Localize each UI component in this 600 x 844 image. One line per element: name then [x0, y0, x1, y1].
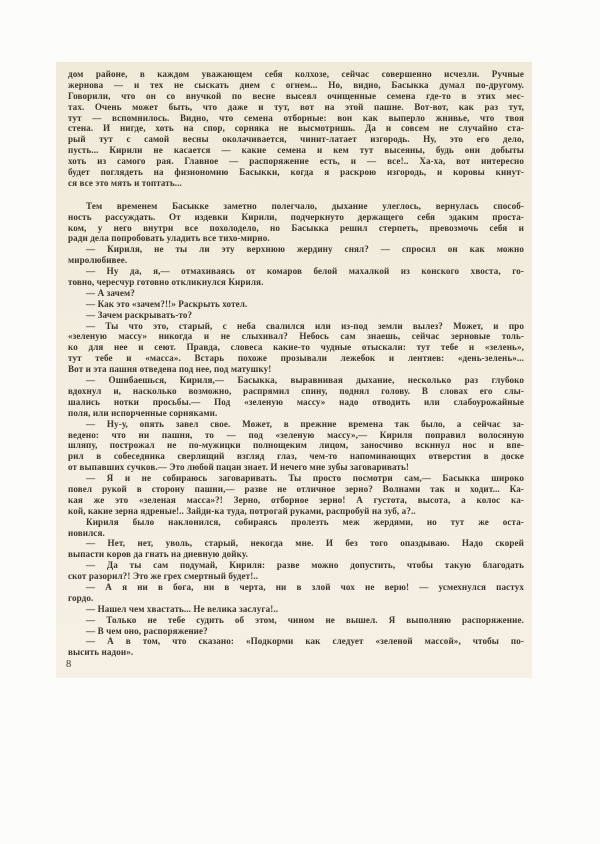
text-line: тах. Очень может быть, что даже и тут, в… [68, 102, 524, 113]
text-line: будет поглядеть на физиономию Басыкки, к… [68, 167, 524, 178]
text-line: «зеленую массу» никогда и не слыхивал? Н… [68, 331, 524, 342]
text-line: повел рукой в сторону пашни,— разве не о… [68, 484, 524, 495]
text-line: — Как это «зачем?!!» Раскрыть хотел. [68, 299, 524, 310]
text-line: Тем временем Басыкке заметно полегчало, … [68, 201, 524, 212]
text-line: — А я ни в бога, ни в черта, ни в злой ч… [68, 582, 524, 593]
text-line: — Ну да, я,— отмахиваясь от комаров бело… [68, 266, 524, 277]
text-line: вдохнул и, насколько возможно, распрямил… [68, 386, 524, 397]
text-line: пусть... Кирили не касается — какие семе… [68, 145, 524, 156]
book-page: дом районе, в каждом уважающем себя колх… [56, 62, 532, 678]
text-line: ради дела попробовать уладить все тихо-м… [68, 233, 524, 244]
text-line: Кириля было наклонился, собираясь пролез… [68, 517, 524, 528]
text-line: Вот и эта пашня отведена под нее, под ма… [68, 364, 524, 375]
text-line: ность рассуждать. От издевки Кирили, под… [68, 212, 524, 223]
text-line: гордо. [68, 593, 524, 604]
text-line: ко для нее и сеют. Правда, словеса какие… [68, 342, 524, 353]
text-line: шались нотки просьбы.— Под «зеленую масс… [68, 397, 524, 408]
text-line: — Зачем раскрывать-то? [68, 310, 524, 321]
text-line: тут тебе и «масса». Встарь похоже прозыв… [68, 353, 524, 364]
text-line: высить надои». [68, 647, 524, 658]
text-line: — Нашел чем хвастать... Не велика заслуг… [68, 604, 524, 615]
text-line: — А зачем? [68, 288, 524, 299]
text-line: ком, у него внутри все похолодело, но Ба… [68, 223, 524, 234]
text-line: — Ты что это, старый, с неба свалился ил… [68, 321, 524, 332]
text-line: ведено: что ни пашня, то — под «зеленую … [68, 430, 524, 441]
text-line: от выпавших сучков.— Это любой пацан зна… [68, 462, 524, 473]
text-line: — Да ты сам подумай, Кириля: разве можно… [68, 560, 524, 571]
text-line: — Только не тебе судить об этом, чином н… [68, 615, 524, 626]
text-line: рил в собеседника сверлящий взгляд глаз,… [68, 451, 524, 462]
text-line: новился. [68, 528, 524, 539]
text-line: — Ошибаешься, Кириля,— Басыкка, выравнив… [68, 375, 524, 386]
text-line: выпасти коров да гнать на дневную дойку. [68, 549, 524, 560]
text-line: шляпу, построжал не по-мужицки полнощеки… [68, 440, 524, 451]
text-line: Говорили, что он со внучкой по весне выс… [68, 91, 524, 102]
text-line: дом районе, в каждом уважающем себя колх… [68, 69, 524, 80]
page-number: 8 [66, 659, 71, 670]
text-line: поля, или испорченные сорняками. [68, 408, 524, 419]
text-line: ся все это мять и топтать... [68, 178, 524, 189]
text-line: — Ну-у, опять завел свое. Может, в прежн… [68, 419, 524, 430]
text-line: — Нет, нет, уволь, старый, некогда мне. … [68, 538, 524, 549]
text-line: рый тут с самой весны околачивается, чин… [68, 134, 524, 145]
text-column: дом районе, в каждом уважающем себя колх… [68, 69, 524, 658]
text-line: — Кириля, не ты ли эту верхнюю жердину с… [68, 244, 524, 255]
text-line: миролюбивее. [68, 255, 524, 266]
text-line: товно, чересчур готовно откликнулся Кири… [68, 277, 524, 288]
text-line: скот разорил?! Это же грех смертный буде… [68, 571, 524, 582]
text-line: кая же это «зеленая масса»?! Зерно, отбо… [68, 495, 524, 506]
text-line: — В чем оно, распоряжение? [68, 626, 524, 637]
text-line: хоть из самого рая. Главное — распоряжен… [68, 156, 524, 167]
text-line: — А в том, что сказано: «Подкорми как сл… [68, 636, 524, 647]
text-line: жернова — и тех не сыскать днем с огнем.… [68, 80, 524, 91]
text-line: стена. И нигде, хоть на спор, сорняка не… [68, 123, 524, 134]
text-line: кой, какие зерна ядреные!.. Зайди-ка туд… [68, 506, 524, 517]
text-line: тут — вспомнилось. Видно, что семена отб… [68, 113, 524, 124]
text-line: — Я и не собираюсь заговаривать. Ты прос… [68, 473, 524, 484]
